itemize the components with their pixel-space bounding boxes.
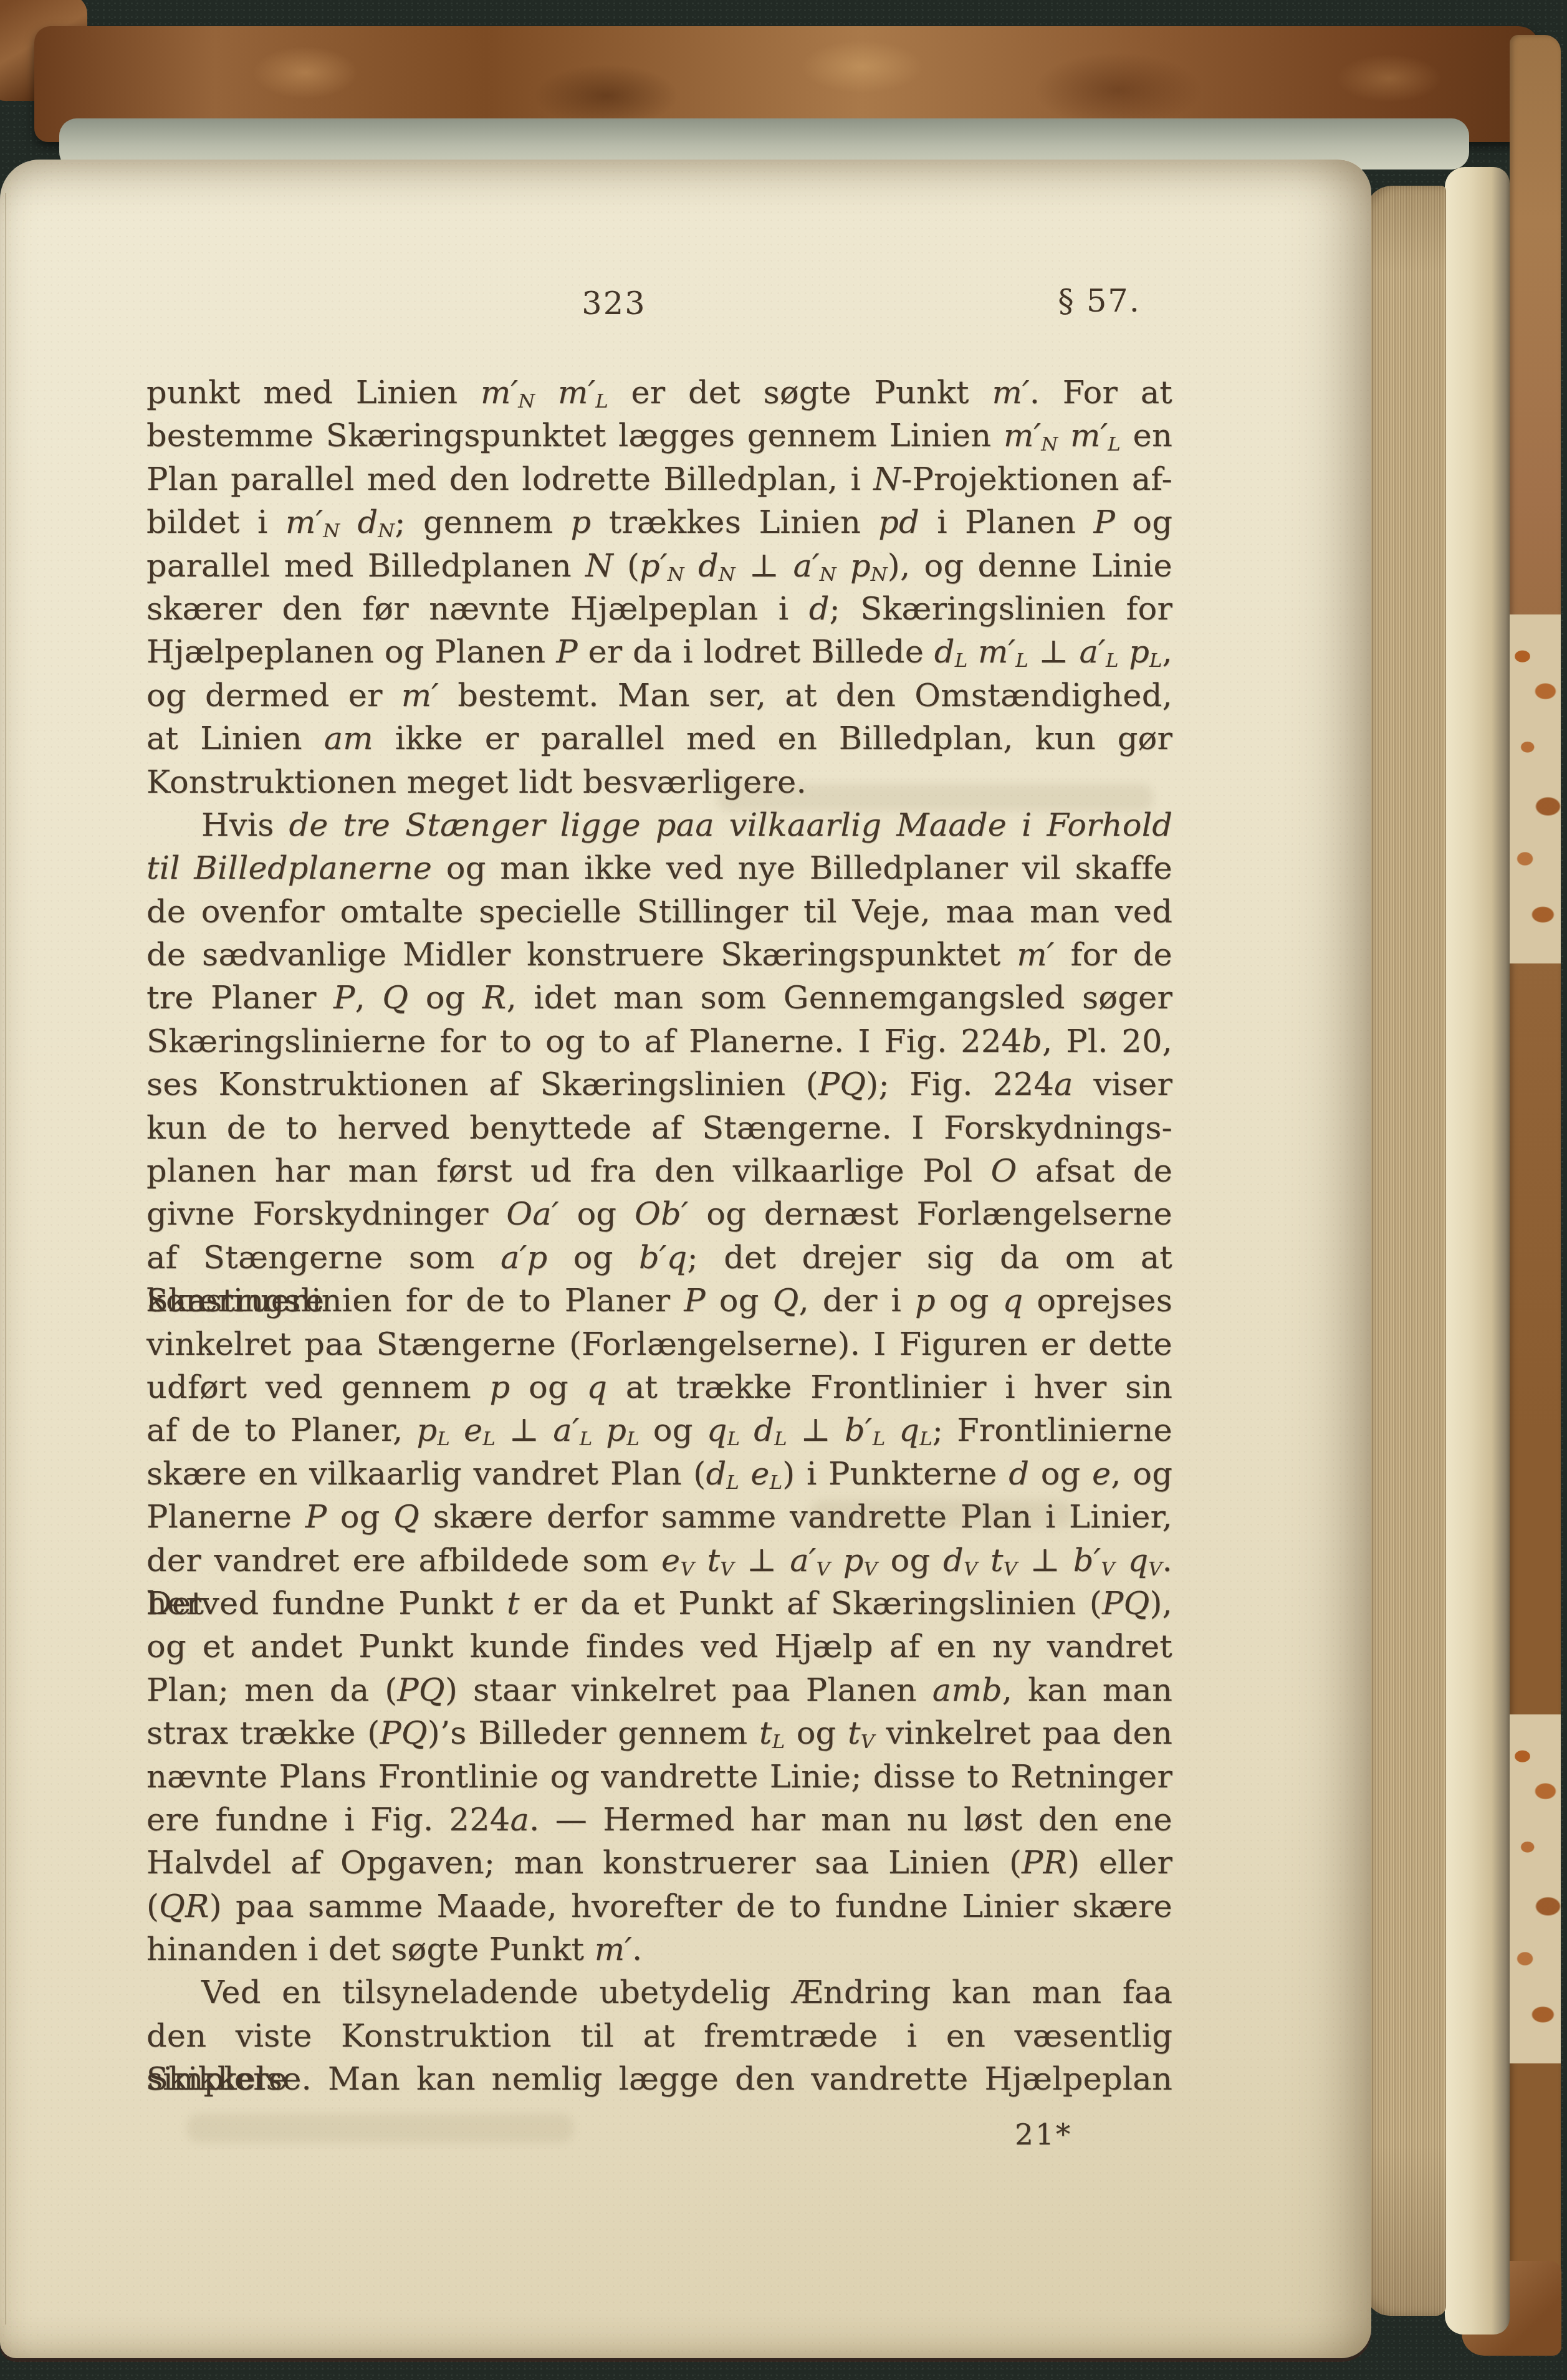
text-line: de ovenfor omtalte specielle Stillinger … [146,891,1172,934]
signature-mark: 21* [1015,2118,1072,2152]
marbled-board-patch [1510,1714,1561,2063]
section-mark: § 57. [1028,283,1141,320]
text-line: punkt med Linien m′N m′L er det søgte Pu… [146,371,1172,414]
text-line: planen har man først ud fra den vilkaarl… [146,1150,1172,1193]
text-line: kun de to herved benyttede af Stængerne.… [146,1107,1172,1150]
book-cover-right-edge [1510,35,1561,2356]
text-line: Hvis de tre Stænger ligge paa vilkaarlig… [146,804,1172,847]
gutter-crease [5,193,6,2325]
text-line: Planerne P og Q skære derfor samme vandr… [146,1496,1172,1539]
text-line: vinkelret paa Stængerne (Forlængelserne)… [146,1323,1172,1366]
text-line: af de to Planer, pL eL ⊥ a′L pL og qL dL… [146,1409,1172,1452]
text-line: at Linien am ikke er parallel med en Bil… [146,717,1172,760]
text-line: skære en vilkaarlig vandret Plan (dL eL)… [146,1453,1172,1496]
text-line: skærer den før nævnte Hjælpeplan i d; Sk… [146,588,1172,631]
text-line: til Billedplanerne og man ikke ved nye B… [146,847,1172,890]
scanned-book-page: 323 § 57. punkt med Linien m′N m′L er de… [0,0,1567,2380]
text-line: bestemme Skæringspunktet lægges gennem L… [146,414,1172,457]
text-line: hinanden i det søgte Punkt m′. [146,1928,1172,1971]
text-line: (QR) paa samme Maade, hvorefter de to fu… [146,1885,1172,1928]
text-line: Plan parallel med den lodrette Billedpla… [146,458,1172,501]
text-line: bildet i m′N dN; gennem p trækkes Linien… [146,501,1172,544]
text-line: ses Konstruktionen af Skæringslinien (PQ… [146,1063,1172,1106]
fore-edge-page-stack [1365,186,1446,2316]
page-edge-band [1445,167,1510,2335]
text-line: af Stængerne som a′p og b′q; det drejer … [146,1236,1172,1279]
text-line: ere fundne i Fig. 224a. — Hermed har man… [146,1799,1172,1842]
text-line: Skikkelse. Man kan nemlig lægge den vand… [146,2058,1172,2101]
text-line: tre Planer P, Q og R, idet man som Genne… [146,977,1172,1020]
text-line: herved fundne Punkt t er da et Punkt af … [146,1582,1172,1625]
text-line: parallel med Billedplanen N (p′N dN ⊥ a′… [146,545,1172,588]
text-line: strax trække (PQ)’s Billeder gennem tL o… [146,1712,1172,1755]
text-line: udført ved gennem p og q at trække Front… [146,1366,1172,1409]
marbled-board-patch [1510,614,1561,963]
text-line: Plan; men da (PQ) staar vinkelret paa Pl… [146,1669,1172,1712]
text-line: der vandret ere afbildede som eV tV ⊥ a′… [146,1539,1172,1582]
page-number: 323 [549,285,679,322]
text-line: Skæringslinien for de to Planer P og Q, … [146,1279,1172,1322]
text-line: og et andet Punkt kunde findes ved Hjælp… [146,1625,1172,1668]
text-line: Konstruktionen meget lidt besværligere. [146,761,1172,804]
text-line: Ved en tilsyneladende ubetydelig Ændring… [146,1971,1172,2014]
text-block: punkt med Linien m′N m′L er det søgte Pu… [146,371,1172,2101]
text-line: og dermed er m′ bestemt. Man ser, at den… [146,674,1172,717]
text-line: nævnte Plans Frontlinie og vandrette Lin… [146,1756,1172,1799]
text-line: Halvdel af Opgaven; man konstruerer saa … [146,1842,1172,1885]
bleed-through-smudge [187,2114,573,2143]
text-line: de sædvanlige Midler konstruere Skærings… [146,934,1172,977]
text-line: Skæringslinierne for to og to af Planern… [146,1020,1172,1063]
text-line: den viste Konstruktion til at fremtræde … [146,2015,1172,2058]
text-line: givne Forskydninger Oa′ og Ob′ og dernæs… [146,1193,1172,1236]
text-line: Hjælpeplanen og Planen P er da i lodret … [146,631,1172,674]
